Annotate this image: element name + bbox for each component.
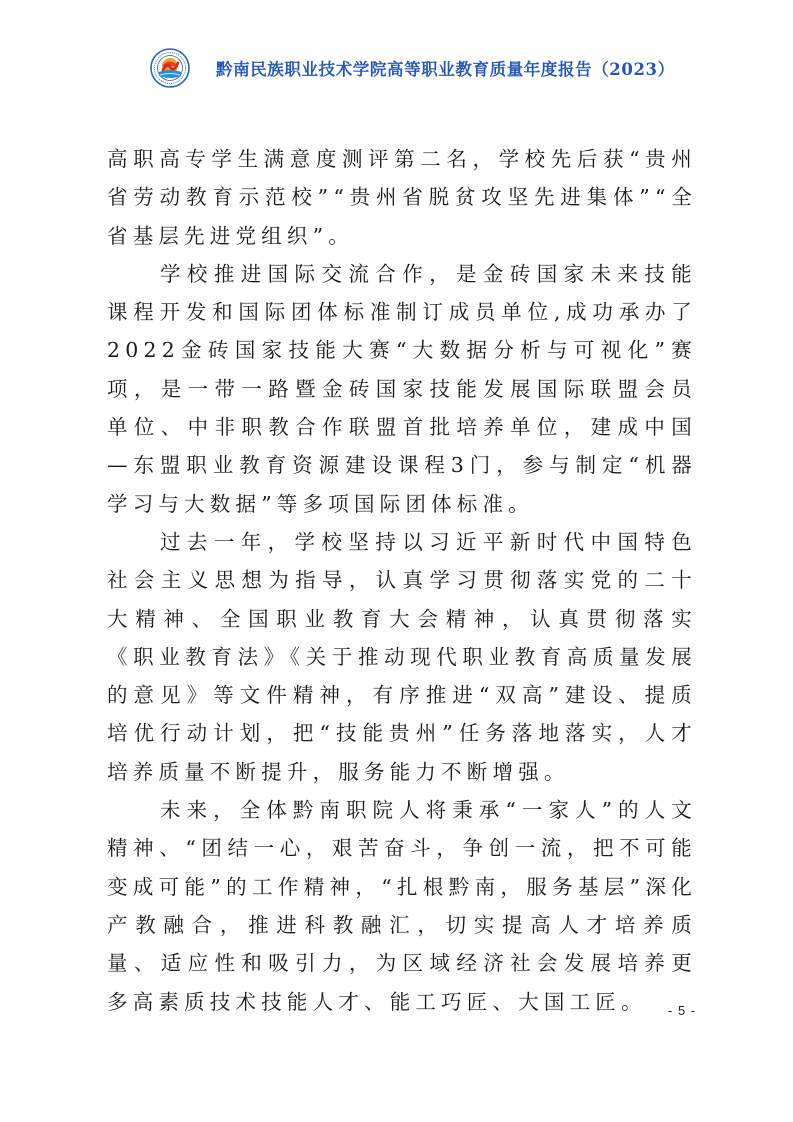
paragraph-international-cooperation: 学校推进国际交流合作，是金砖国家未来技能课程开发和国际团体标准制订成员单位,成功… [107, 255, 697, 523]
report-title: 黔南民族职业技术学院高等职业教育质量年度报告（2023） [216, 56, 675, 80]
paragraph-continued: 高职高专学生满意度测评第二名，学校先后获“贵州省劳动教育示范校”“贵州省脱贫攻坚… [107, 140, 697, 255]
paragraph-past-year: 过去一年，学校坚持以习近平新时代中国特色社会主义思想为指导，认真学习贯彻落实党的… [107, 523, 697, 791]
page-number: - 5 - [668, 1003, 696, 1018]
page-header: 黔南民族职业技术学院高等职业教育质量年度报告（2023） [150, 46, 675, 90]
document-body: 高职高专学生满意度测评第二名，学校先后获“贵州省劳动教育示范校”“贵州省脱贫攻坚… [107, 140, 697, 1021]
paragraph-future: 未来，全体黔南职院人将秉承“一家人”的人文精神、“团结一心，艰苦奋斗，争创一流，… [107, 791, 697, 1021]
college-emblem-icon [150, 48, 190, 88]
